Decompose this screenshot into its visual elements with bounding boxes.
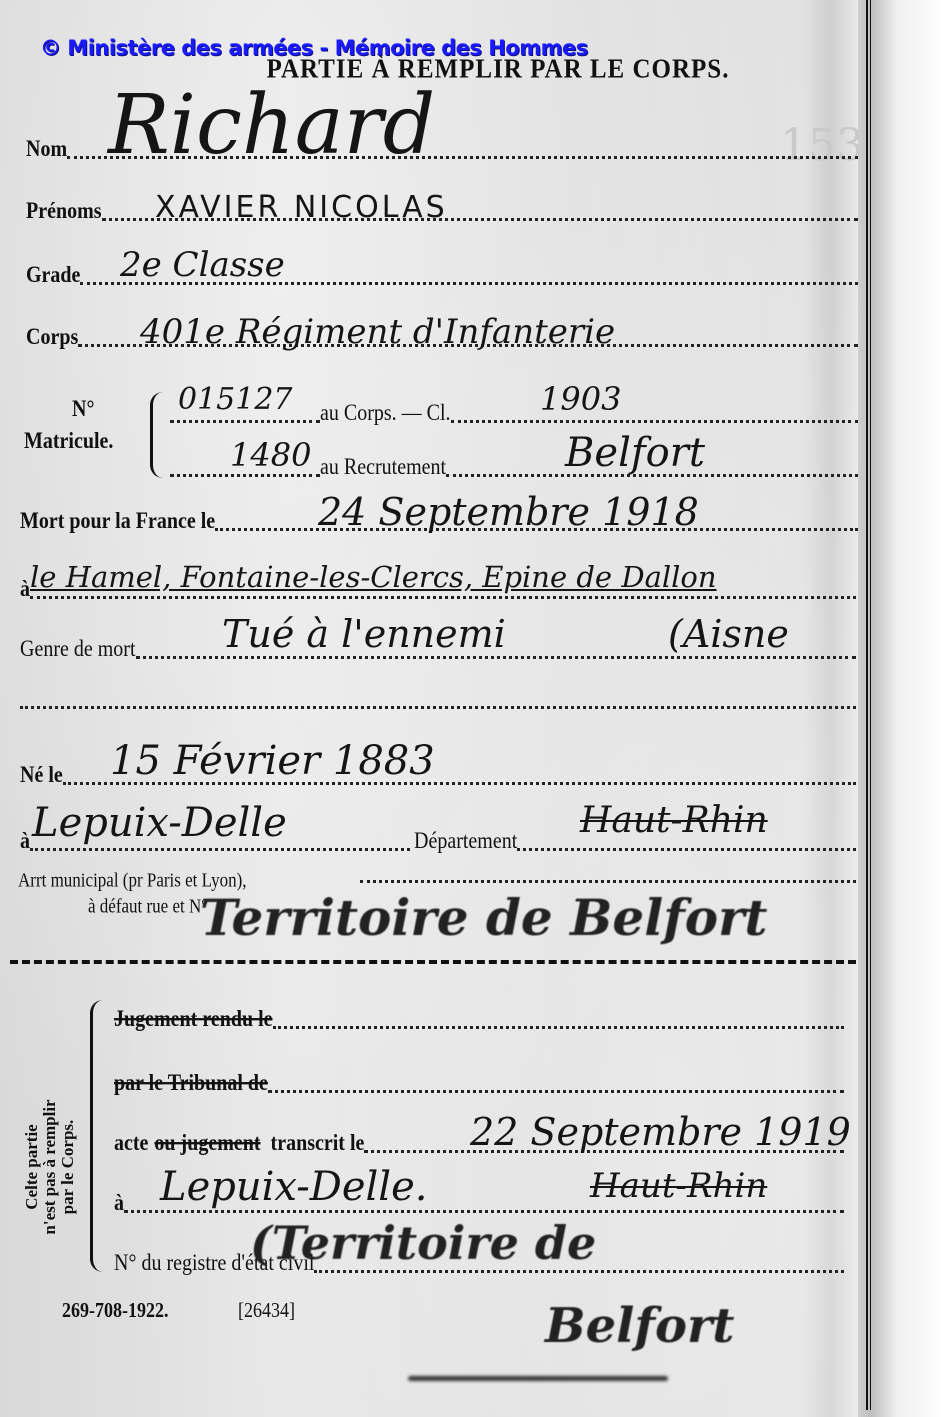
footer-number: [26434] <box>238 1298 295 1322</box>
side-note-line: Celte partie <box>23 1047 41 1287</box>
dotted-line <box>30 596 856 599</box>
value-registre-line1: (Territoire de <box>250 1216 596 1270</box>
row-arrondissement <box>360 880 856 887</box>
prefix-a: à <box>20 577 30 603</box>
dotted-line <box>517 848 856 851</box>
label-nom: Nom <box>26 137 67 163</box>
label-recrutement: au Recrutement <box>320 455 446 481</box>
value-grade: 2e Classe <box>120 245 285 285</box>
separator <box>10 960 856 968</box>
value-transcrit-a-struck: Haut-Rhin <box>590 1166 767 1206</box>
dotted-line <box>273 1026 844 1029</box>
value-acte: 22 Septembre 1919 <box>470 1110 851 1154</box>
label-grade: Grade <box>26 263 80 289</box>
value-recrutement: Belfort <box>565 430 705 476</box>
value-prenoms: XAVIER NICOLAS <box>155 190 448 225</box>
side-note: Celte partie n'est pas à remplir par le … <box>10 1040 90 1280</box>
dotted-line <box>268 1090 844 1093</box>
value-corps: 401e Régiment d'Infanterie <box>140 312 615 352</box>
side-note-line: n'est pas à remplir <box>41 1047 59 1287</box>
label-corps: Corps <box>26 325 78 351</box>
label-jugement: Jugement rendu le <box>114 1007 273 1033</box>
border-line <box>870 0 871 1410</box>
prefix-a: à <box>114 1191 124 1217</box>
row-jugement: Jugement rendu le <box>114 1010 844 1033</box>
label-ne-le: Né le <box>20 763 63 789</box>
border-line <box>866 0 868 1410</box>
dotted-line <box>314 1270 844 1273</box>
label-prenoms: Prénoms <box>26 199 102 225</box>
label-rue: à défaut rue et N° <box>88 895 208 918</box>
value-genre-mort: Tué à l'ennemi <box>222 612 506 656</box>
side-note-line: par le Corps. <box>59 1047 77 1287</box>
label-transcrit: transcrit le <box>271 1131 365 1157</box>
separator-line <box>10 960 856 964</box>
value-departement-struck: Haut-Rhin <box>580 800 768 841</box>
prefix-a: à <box>20 829 30 855</box>
value-registre-line2: Belfort <box>545 1298 734 1354</box>
label-genre-mort: Genre de mort <box>20 637 136 663</box>
value-arrondissement: Territoire de Belfort <box>200 888 768 947</box>
dotted-line <box>451 420 858 423</box>
brace <box>90 1000 103 1272</box>
value-matricule-corps: 015127 <box>178 382 293 417</box>
label-departement: Département <box>414 829 517 855</box>
dotted-line <box>20 706 856 709</box>
row-tribunal: par le Tribunal de <box>114 1074 844 1097</box>
dotted-line <box>136 656 856 659</box>
value-mort: 24 Septembre 1918 <box>318 490 699 534</box>
value-ne-le: 15 Février 1883 <box>110 738 435 784</box>
dotted-line <box>360 880 856 883</box>
label-au-corps: au Corps. — Cl. <box>320 401 451 427</box>
row-blank <box>20 706 856 713</box>
value-ne-a: Lepuix-Delle <box>32 800 287 846</box>
value-nom: Richard <box>108 78 435 173</box>
label-matricule: Matricule. <box>24 429 113 455</box>
value-recrutement-number: 1480 <box>230 436 311 474</box>
copyright-watermark: © Ministère des armées - Mémoire des Hom… <box>40 36 588 60</box>
label-tribunal: par le Tribunal de <box>114 1071 268 1097</box>
label-mort: Mort pour la France le <box>20 509 215 535</box>
underline-mark <box>408 1376 668 1381</box>
dotted-line <box>30 848 410 851</box>
dotted-line <box>170 420 320 423</box>
value-classe: 1903 <box>540 380 621 418</box>
note-aisne: (Aisne <box>668 612 789 656</box>
value-transcrit-a: Lepuix-Delle. <box>160 1164 427 1210</box>
label-acte-struck: ou jugement <box>154 1131 260 1157</box>
dotted-line <box>124 1210 844 1213</box>
value-lieu-mort: le Hamel, Fontaine-les-Clercs, Epine de … <box>30 560 717 594</box>
label-numero: N° <box>72 397 94 423</box>
brace <box>150 392 163 478</box>
dotted-line <box>170 474 320 477</box>
footer-code: 269-708-1922. <box>62 1298 169 1322</box>
label-acte: acte <box>114 1131 148 1157</box>
